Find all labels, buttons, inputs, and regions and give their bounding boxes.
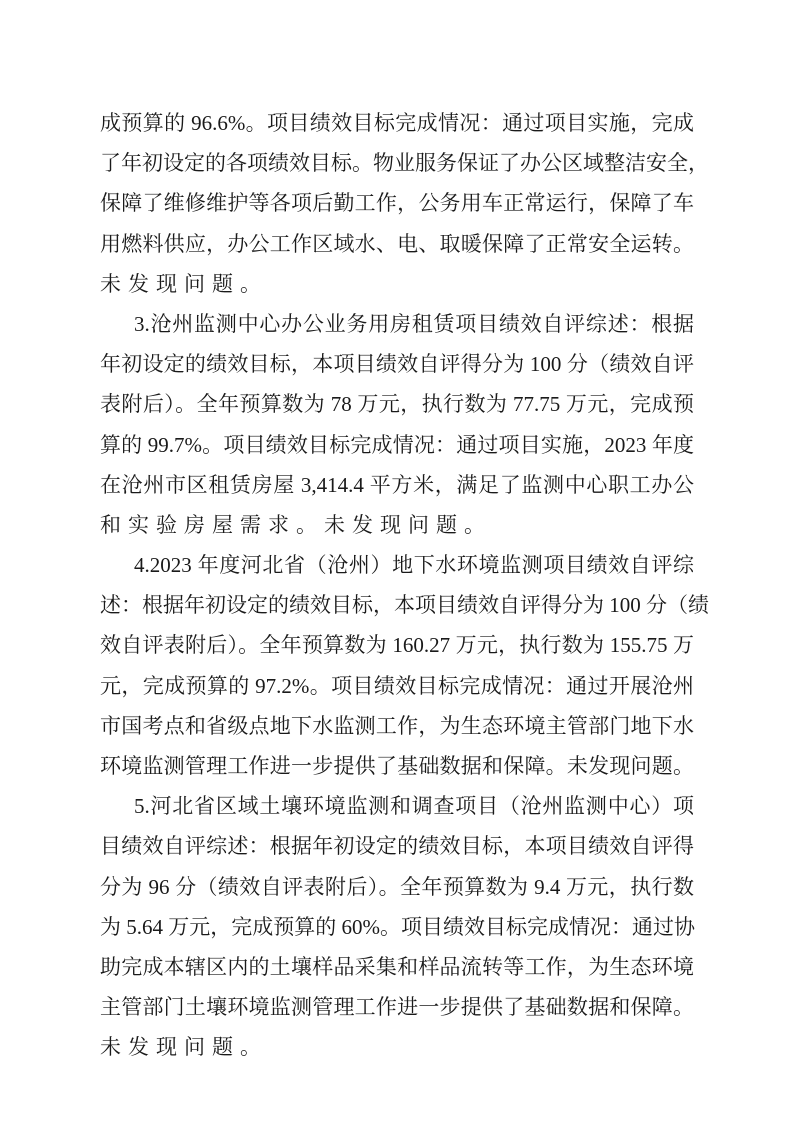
text-line: 3.沧州监测中心办公业务用房租赁项目绩效自评综述：根据	[100, 304, 694, 344]
text-line: 助完成本辖区内的土壤样品采集和样品流转等工作，为生态环境	[100, 947, 694, 987]
text-line: 分为 96 分（绩效自评表附后）。全年预算数为 9.4 万元，执行数	[100, 867, 694, 907]
text-line: 元，完成预算的 97.2%。项目绩效目标完成情况：通过开展沧州	[100, 666, 694, 706]
document-page: 成预算的 96.6%。项目绩效目标完成情况：通过项目实施，完成 了年初设定的各项…	[100, 103, 694, 1068]
text-line: 了年初设定的各项绩效目标。物业服务保证了办公区域整洁安全，	[100, 143, 694, 183]
paragraph-item-5-soil: 5.河北省区域土壤环境监测和调查项目（沧州监测中心）项 目绩效自评综述：根据年初…	[100, 786, 694, 1067]
text-line: 市国考点和省级点地下水监测工作，为生态环境主管部门地下水	[100, 706, 694, 746]
text-line: 未发现问题。	[100, 1027, 694, 1067]
text-line: 未发现问题。	[100, 264, 694, 304]
text-line: 算的 99.7%。项目绩效目标完成情况：通过项目实施，2023 年度	[100, 425, 694, 465]
paragraph-item-4-groundwater: 4.2023 年度河北省（沧州）地下水环境监测项目绩效自评综 述：根据年初设定的…	[100, 545, 694, 786]
text-line: 在沧州市区租赁房屋 3,414.4 平方米，满足了监测中心职工办公	[100, 465, 694, 505]
text-line: 4.2023 年度河北省（沧州）地下水环境监测项目绩效自评综	[100, 545, 694, 585]
text-line: 环境监测管理工作进一步提供了基础数据和保障。未发现问题。	[100, 746, 694, 786]
text-line: 主管部门土壤环境监测管理工作进一步提供了基础数据和保障。	[100, 987, 694, 1027]
text-line: 述：根据年初设定的绩效目标，本项目绩效自评得分为 100 分（绩	[100, 585, 694, 625]
text-line: 用燃料供应，办公工作区域水、电、取暖保障了正常安全运转。	[100, 224, 694, 264]
text-line: 为 5.64 万元，完成预算的 60%。项目绩效目标完成情况：通过协	[100, 907, 694, 947]
text-line: 年初设定的绩效目标，本项目绩效自评得分为 100 分（绩效自评	[100, 344, 694, 384]
paragraph-continuation: 成预算的 96.6%。项目绩效目标完成情况：通过项目实施，完成 了年初设定的各项…	[100, 103, 694, 304]
text-line: 保障了维修维护等各项后勤工作，公务用车正常运行，保障了车	[100, 183, 694, 223]
text-line: 效自评表附后）。全年预算数为 160.27 万元，执行数为 155.75 万	[100, 625, 694, 665]
text-line: 和实验房屋需求。未发现问题。	[100, 505, 694, 545]
text-line: 目绩效自评综述：根据年初设定的绩效目标，本项目绩效自评得	[100, 826, 694, 866]
text-line: 成预算的 96.6%。项目绩效目标完成情况：通过项目实施，完成	[100, 103, 694, 143]
text-line: 表附后）。全年预算数为 78 万元，执行数为 77.75 万元，完成预	[100, 384, 694, 424]
text-line: 5.河北省区域土壤环境监测和调查项目（沧州监测中心）项	[100, 786, 694, 826]
paragraph-item-3-office-rental: 3.沧州监测中心办公业务用房租赁项目绩效自评综述：根据 年初设定的绩效目标，本项…	[100, 304, 694, 545]
